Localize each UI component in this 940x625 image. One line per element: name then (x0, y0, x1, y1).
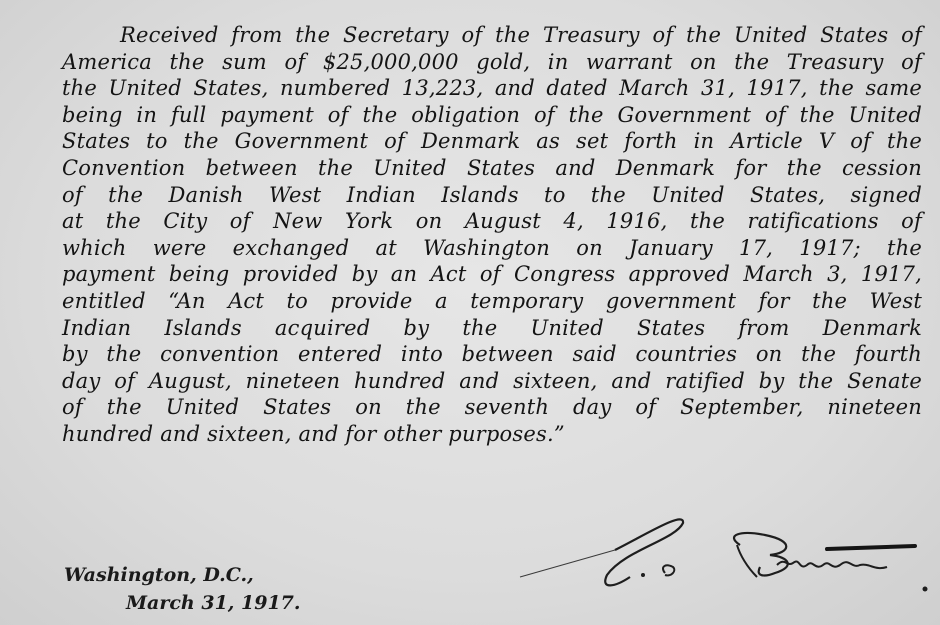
place-text: Washington, D.C., (64, 564, 301, 592)
signature: C. Brun (515, 505, 940, 615)
receipt-body: Received from the Secretary of the Treas… (62, 22, 922, 448)
body-line: which were exchanged at Washington on Ja… (62, 235, 922, 262)
body-line: Received from the Secretary of the Treas… (62, 22, 922, 49)
body-line: entitled “An Act to provide a temporary … (62, 288, 922, 315)
body-line: of the Danish West Indian Islands to the… (62, 182, 922, 209)
signature-scrawl-icon (515, 505, 940, 615)
body-line: the United States, numbered 13,223, and … (62, 75, 922, 102)
place-and-date: Washington, D.C., March 31, 1917. (64, 564, 301, 614)
body-line: payment being provided by an Act of Cong… (62, 261, 922, 288)
body-line: Convention between the United States and… (62, 155, 922, 182)
body-line: hundred and sixteen, and for other purpo… (62, 421, 922, 448)
body-line: by the convention entered into between s… (62, 341, 922, 368)
body-line: at the City of New York on August 4, 191… (62, 208, 922, 235)
date-text: March 31, 1917. (64, 592, 301, 614)
body-line: being in full payment of the obligation … (62, 102, 922, 129)
body-line: America the sum of $25,000,000 gold, in … (62, 49, 922, 76)
body-line: day of August, nineteen hundred and sixt… (62, 368, 922, 395)
body-line: of the United States on the seventh day … (62, 394, 922, 421)
body-line: Indian Islands acquired by the United St… (62, 315, 922, 342)
body-line: States to the Government of Denmark as s… (62, 128, 922, 155)
document-page: Received from the Secretary of the Treas… (0, 0, 940, 625)
